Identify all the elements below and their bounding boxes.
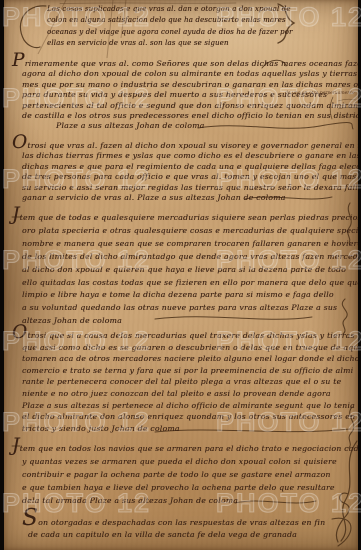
- paragraph-item-navios: Jtem que en todos los navios que se arma…: [22, 443, 361, 508]
- manuscript-line: las dichas tierras firmes e yslas que co…: [22, 151, 361, 161]
- manuscript-line: colon en alguna satisfacion delo que ha …: [47, 15, 292, 26]
- interlinear-note: de uno en otro perpetuamente: [285, 91, 355, 96]
- manuscript-line: Plaze a sus altezas si pertenece al dich…: [22, 400, 361, 412]
- manuscript-line: mes que por su mano o industria se descu…: [22, 80, 361, 90]
- manuscript-photo: Las cosas suplicadas e que vras al. dan …: [0, 0, 361, 550]
- manuscript-line: agora al dicho don xpoual de colon su al…: [22, 69, 361, 79]
- manuscript-line: Jtem que en todos los navios que se arma…: [12, 443, 361, 456]
- manuscript-line: Primeramente que vras al. como Señores q…: [12, 59, 361, 69]
- manuscript-line-response: trictos y siendo justo Johan de coloma: [22, 423, 361, 435]
- manuscript-line: rante le pertenecera conocer del tal ple…: [22, 376, 361, 388]
- manuscript-line: Son otorgadas e despachadas con las resp…: [22, 517, 325, 529]
- manuscript-line: oro plata specieria e otras qualesquiere…: [22, 225, 361, 238]
- manuscript-line-response: dela tal armada Plaze a sus altezas Joha…: [22, 495, 361, 508]
- manuscript-line: al dicho don xpoual e quieren que haya e…: [22, 264, 361, 277]
- manuscript-line: Jtem que de todas e qualesquiere mercadu…: [12, 212, 361, 225]
- manuscript-text: Las cosas suplicadas e que vras al. dan …: [0, 0, 361, 550]
- manuscript-line: de cada un capitulo en la villa de sanct…: [28, 529, 325, 541]
- manuscript-line: dichas mares e que para el regimiento de…: [22, 162, 361, 172]
- manuscript-line: e que tambien haya e lieve del provecho …: [22, 482, 361, 495]
- header-block: Las cosas suplicadas e que vras al. dan …: [47, 4, 292, 50]
- manuscript-line: de tres personas para cada officio e que…: [22, 172, 361, 182]
- manuscript-line-response: altezas Johan de coloma: [22, 315, 361, 328]
- manuscript-line: a su voluntad quedando las otras nueve p…: [22, 302, 361, 315]
- paragraph-otrosi-visorey: Otrosi que vras al. fazen al dicho don x…: [22, 141, 361, 203]
- manuscript-line: Las cosas suplicadas e que vras al. dan …: [47, 4, 292, 15]
- manuscript-line: nombre e manera que sean que se comprare…: [22, 238, 361, 251]
- manuscript-line: ello quitadas las costas todas que se fi…: [22, 277, 361, 290]
- manuscript-line: oceanas y del viage que agora conel ayud…: [47, 27, 292, 38]
- manuscript-line: comercio e trato se terna y fara que si …: [22, 365, 361, 377]
- manuscript-line: el dicho almirante don alonso enriquez q…: [22, 411, 361, 423]
- manuscript-line: niente e no otro juez conozcan del tal p…: [22, 388, 361, 400]
- manuscript-line: de castilla e los otros sus predecessore…: [22, 111, 361, 121]
- photo-edge-left: [0, 0, 4, 550]
- manuscript-line-response: Plaze a sus altezas Johan de coloma: [22, 121, 361, 131]
- manuscript-line: tomaren aca de otros mercadores naciere …: [22, 353, 361, 365]
- manuscript-line: contribuir e pagar la ochena parte de to…: [22, 469, 361, 482]
- manuscript-line: limpio e libre haya e tome la dicha deze…: [22, 289, 361, 302]
- manuscript-line: de los limites del dicho almirantadgo qu…: [22, 251, 361, 264]
- manuscript-line: Otrosi que si a causa delas mercadurias …: [12, 330, 361, 342]
- paragraph-item-mercadurias: Jtem que de todas e qualesquiere mercadu…: [22, 212, 361, 328]
- manuscript-line: y quantas vezes se armaren que pueda el …: [22, 456, 361, 469]
- closing-block: Son otorgadas e despachadas con las resp…: [28, 517, 325, 541]
- manuscript-line: que assi como dicho es se ganaren o desc…: [22, 342, 361, 354]
- manuscript-line: ellas en servicio de vras al. son las qu…: [47, 38, 292, 49]
- manuscript-line: Otrosi que vras al. fazen al dicho don x…: [12, 141, 361, 151]
- manuscript-line: su servicio e assi seran mejor regidas l…: [22, 183, 361, 193]
- manuscript-line-response: ganar a servicio de vras al. Plaze a sus…: [22, 193, 361, 203]
- manuscript-line: pertenecientes al tal officio e segund q…: [22, 101, 361, 111]
- paragraph-otrosi-pleitos: Otrosi que si a causa delas mercadurias …: [22, 330, 361, 434]
